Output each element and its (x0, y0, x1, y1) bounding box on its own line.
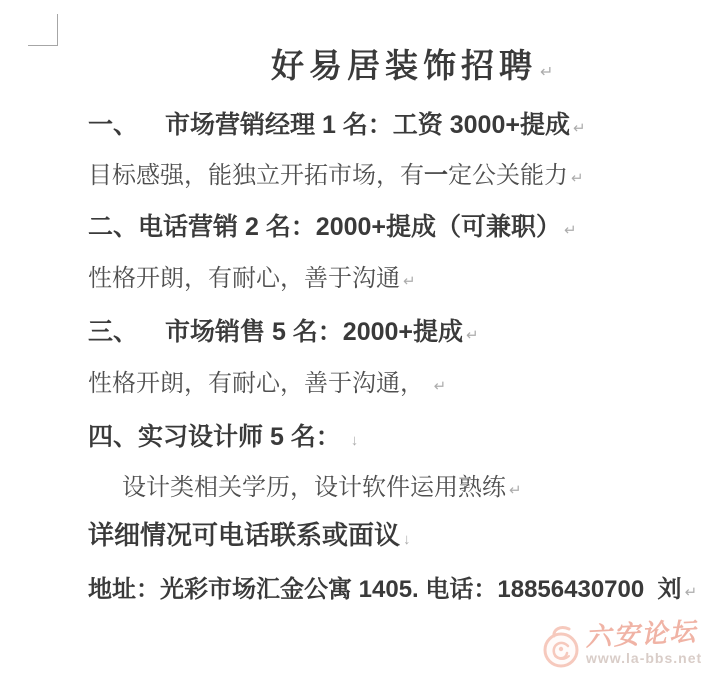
watermark-logo-icon (540, 623, 584, 676)
page-corner-mark (28, 14, 58, 46)
body-text-bold: 一 (424, 162, 448, 189)
paragraph-mark-icon: ↵ (540, 64, 553, 81)
section-heading-3: 三、市场销售 5 名：2000+提成↵ (88, 319, 479, 345)
paragraph-mark-icon: ↵ (509, 482, 522, 499)
body-text-3: 性格开朗，有耐心，善于沟通， ↵ (88, 371, 446, 396)
section-heading-2: 二、电话营销 2 名：2000+提成（可兼职）↵ (88, 214, 577, 240)
paragraph-mark-icon: ↵ (564, 222, 577, 239)
section-heading-4: 四、实习设计师 5 名： ↓ (88, 424, 358, 450)
address-text: 地址：光彩市场汇金公寓 1405. 电话：18856430700 刘 (88, 576, 682, 603)
list-number: 二、 (88, 213, 138, 241)
contact-note-heading: 详细情况可电话联系或面议↓ (88, 522, 411, 549)
heading-text: 电话营销 2 名：2000+提成（可兼职） (138, 213, 561, 241)
address-phone-line: 地址：光彩市场汇金公寓 1405. 电话：18856430700 刘↵ (88, 577, 697, 602)
paragraph-mark-icon: ↵ (403, 273, 416, 290)
title-text: 好易居装饰招聘 (271, 47, 537, 84)
body-text-4: 设计类相关学历，设计软件运用熟练↵ (122, 475, 522, 500)
list-number: 三、 (88, 319, 165, 345)
list-number: 四、 (88, 423, 138, 451)
body-text-1: 目标感强，能独立开拓市场，有一定公关能力↵ (88, 163, 584, 188)
paragraph-mark-icon: ↵ (434, 378, 447, 395)
heading-text: 详细情况可电话联系或面议 (88, 520, 400, 550)
paragraph-mark-icon: ↵ (573, 120, 586, 137)
watermark-site-url: www.la-bbs.net (586, 650, 702, 666)
body-text: 目标感强，能独立开拓市场，有 (88, 162, 424, 189)
heading-text: 实习设计师 5 名： (138, 423, 348, 451)
watermark: 六安论坛 www.la-bbs.net (540, 623, 702, 676)
paragraph-mark-icon: ↵ (685, 584, 698, 601)
line-break-mark-icon: ↓ (351, 432, 359, 449)
body-text: 性格开朗，有耐心，善于沟通， (88, 370, 431, 397)
body-text-2: 性格开朗，有耐心，善于沟通↵ (88, 266, 416, 291)
document-page: 好易居装饰招聘↵ 一、市场营销经理 1 名：工资 3000+提成↵ 目标感强，能… (0, 0, 705, 682)
heading-text: 市场销售 5 名：2000+提成 (165, 318, 463, 346)
heading-text: 市场营销经理 1 名：工资 3000+提成 (165, 111, 570, 139)
watermark-site-name: 六安论坛 (585, 617, 702, 651)
line-break-mark-icon: ↓ (403, 531, 411, 548)
document-title: 好易居装饰招聘↵ (271, 49, 553, 82)
list-number: 一、 (88, 112, 165, 138)
body-text: 设计类相关学历，设计软件运用熟练 (122, 474, 506, 501)
section-heading-1: 一、市场营销经理 1 名：工资 3000+提成↵ (88, 112, 586, 138)
paragraph-mark-icon: ↵ (571, 170, 584, 187)
body-text: 性格开朗，有耐心，善于沟通 (88, 265, 400, 292)
paragraph-mark-icon: ↵ (466, 327, 479, 344)
body-text: 定公关能力 (448, 162, 568, 189)
watermark-text-block: 六安论坛 www.la-bbs.net (586, 623, 702, 666)
